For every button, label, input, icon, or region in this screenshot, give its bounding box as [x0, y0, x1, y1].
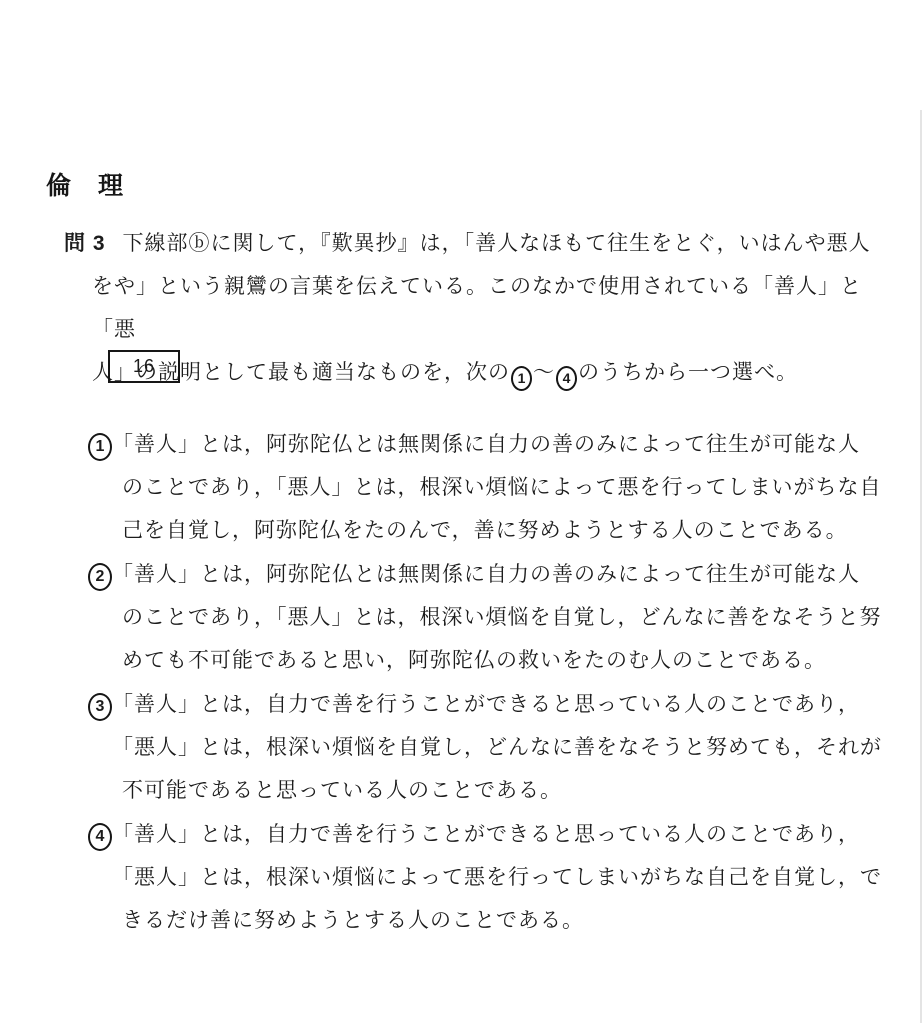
option-3: 3 「善人」とは，自力で善を行うことができると思っている人のことであり， 「悪人…	[88, 683, 878, 812]
option-4-line-1: 「善人」とは，自力で善を行うことができると思っている人のことであり，	[122, 813, 878, 856]
option-range-separator: ～	[533, 361, 555, 384]
option-1: 1 「善人」とは，阿弥陀仏とは無関係に自力の善のみによって往生が可能な人 のこと…	[88, 423, 878, 552]
option-4-line-3: きるだけ善に努めようとする人のことである。	[122, 899, 878, 942]
option-1-line-1: 「善人」とは，阿弥陀仏とは無関係に自力の善のみによって往生が可能な人	[122, 423, 878, 466]
page-edge-line	[920, 110, 922, 1023]
option-4-line-2: 「悪人」とは，根深い煩悩によって悪を行ってしまいがちな自己を自覚し，で	[122, 856, 878, 899]
option-4-number: 4	[96, 829, 105, 845]
question-block: 問 3下線部ⓑに関して，『歎異抄』は，「善人なほもて往生をとぐ，いはんや悪人 を…	[64, 222, 872, 394]
subject-title: 倫 理	[46, 166, 124, 202]
option-3-number: 3	[96, 699, 105, 715]
option-2: 2 「善人」とは，阿弥陀仏とは無関係に自力の善のみによって往生が可能な人 のこと…	[88, 553, 878, 682]
option-4: 4 「善人」とは，自力で善を行うことができると思っている人のことであり， 「悪人…	[88, 813, 878, 942]
option-1-line-3: 己を自覚し，阿弥陀仏をたのんで，善に努めようとする人のことである。	[122, 509, 878, 552]
answer-number-box: 16	[108, 350, 180, 383]
option-range-end-circle: 4	[556, 366, 577, 391]
question-text-line3-post: のうちから一つ選べ。	[578, 361, 798, 384]
option-2-line-1: 「善人」とは，阿弥陀仏とは無関係に自力の善のみによって往生が可能な人	[122, 553, 878, 596]
option-range-end-number: 4	[563, 357, 571, 400]
option-1-line-2: のことであり，「悪人」とは，根深い煩悩によって悪を行ってしまいがちな自	[122, 466, 878, 509]
exam-page: 倫 理 問 3下線部ⓑに関して，『歎異抄』は，「善人なほもて往生をとぐ，いはんや…	[0, 0, 923, 1023]
question-line-3: 人」の説明として最も適当なものを，次の1～4のうちから一つ選べ。	[64, 351, 872, 394]
option-3-circle-marker: 3	[88, 693, 112, 721]
options-list: 1 「善人」とは，阿弥陀仏とは無関係に自力の善のみによって往生が可能な人 のこと…	[88, 423, 878, 943]
option-3-line-3: 不可能であると思っている人のことである。	[122, 769, 878, 812]
question-number-label: 問 3	[64, 232, 106, 255]
option-4-circle-marker: 4	[88, 823, 112, 851]
option-range-start-circle: 1	[511, 366, 532, 391]
option-1-circle-marker: 1	[88, 433, 112, 461]
option-2-line-3: めても不可能であると思い，阿弥陀仏の救いをたのむ人のことである。	[122, 639, 878, 682]
option-2-number: 2	[96, 569, 105, 585]
option-3-line-2: 「悪人」とは，根深い煩悩を自覚し，どんなに善をなそうと努めても，それが	[122, 726, 878, 769]
option-2-line-2: のことであり，「悪人」とは，根深い煩悩を自覚し，どんなに善をなそうと努	[122, 596, 878, 639]
answer-number: 16	[133, 356, 155, 376]
question-line-1: 問 3下線部ⓑに関して，『歎異抄』は，「善人なほもて往生をとぐ，いはんや悪人	[64, 222, 872, 265]
question-line-2: をや」という親鸞の言葉を伝えている。このなかで使用されている「善人」と「悪	[64, 265, 872, 351]
option-1-number: 1	[96, 439, 105, 455]
option-2-circle-marker: 2	[88, 563, 112, 591]
question-text-line1: 下線部ⓑに関して，『歎異抄』は，「善人なほもて往生をとぐ，いはんや悪人	[123, 232, 871, 255]
option-3-line-1: 「善人」とは，自力で善を行うことができると思っている人のことであり，	[122, 683, 878, 726]
option-range-start-number: 1	[518, 357, 526, 400]
